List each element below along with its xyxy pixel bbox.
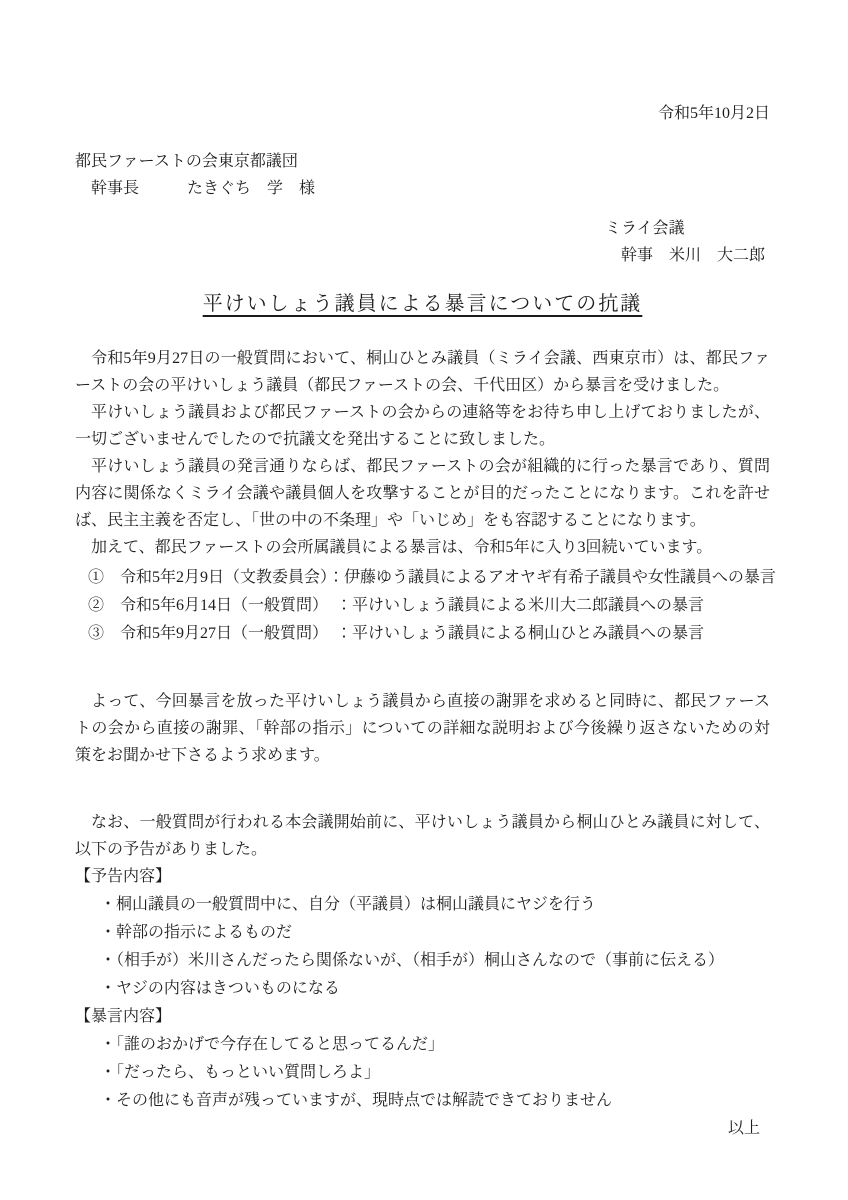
abuse-item-1: ・「誰のおかげで今存在してると思ってるんだ」	[75, 1031, 770, 1059]
notice-item-1: ・桐山議員の一般質問中に、自分（平議員）は桐山議員にヤジを行う	[75, 891, 770, 919]
recipient-org: 都民ファーストの会東京都議団	[75, 148, 770, 175]
paragraph-demand: よって、今回暴言を放った平けいしょう議員から直接の謝罪を求めると同時に、都民ファ…	[75, 688, 770, 769]
abuse-list: ・「誰のおかげで今存在してると思ってるんだ」 ・「だったら、もっといい質問しろよ…	[75, 1031, 770, 1115]
paragraph-notice-intro: なお、一般質問が行われる本会議開始前に、平けいしょう議員から桐山ひとみ議員に対し…	[75, 809, 770, 863]
protest-letter-page: 令和5年10月2日 都民ファーストの会東京都議団 幹事長 たきぐち 学 様 ミラ…	[0, 0, 848, 1200]
notice-item-2: ・幹部の指示によるものだ	[75, 919, 770, 947]
recipient-person: 幹事長 たきぐち 学 様	[75, 175, 770, 202]
recipient-block: 都民ファーストの会東京都議団 幹事長 たきぐち 学 様	[75, 148, 770, 202]
sender-person: 幹事 米川 大二郎	[605, 242, 770, 269]
document-title: 平けいしょう議員による暴言についての抗議	[203, 293, 643, 315]
abuse-item-3: ・その他にも音声が残っていますが、現時点では解読できておりません	[75, 1087, 770, 1115]
paragraph-no-contact: 平けいしょう議員および都民ファーストの会からの連絡等をお待ち申し上げておりました…	[75, 399, 770, 453]
incident-item-3: ③ 令和5年9月27日（一般質問） ：平けいしょう議員による桐山ひとみ議員への暴…	[75, 620, 770, 648]
paragraph-incident: 令和5年9月27日の一般質問において、桐山ひとみ議員（ミライ会議、西東京市）は、…	[75, 345, 770, 399]
notice-heading: 【予告内容】	[75, 863, 770, 891]
closing-word: 以上	[75, 1115, 770, 1142]
notice-item-3: ・（相手が）米川さんだったら関係ないが、（相手が）桐山さんなので（事前に伝える）	[75, 947, 770, 975]
title-row: 平けいしょう議員による暴言についての抗議	[75, 291, 770, 319]
abuse-item-2: ・「だったら、もっといい質問しろよ」	[75, 1059, 770, 1087]
incident-item-1: ① 令和5年2月9日（文教委員会）：伊藤ゆう議員によるアオヤギ有希子議員や女性議…	[75, 564, 770, 592]
sender-org: ミライ会議	[605, 215, 770, 242]
incident-item-2: ② 令和5年6月14日（一般質問） ：平けいしょう議員による米川大二郎議員への暴…	[75, 592, 770, 620]
abuse-heading: 【暴言内容】	[75, 1003, 770, 1031]
notice-item-4: ・ヤジの内容はきついものになる	[75, 975, 770, 1003]
notice-list: ・桐山議員の一般質問中に、自分（平議員）は桐山議員にヤジを行う ・幹部の指示によ…	[75, 891, 770, 1003]
sender-block: ミライ会議 幹事 米川 大二郎	[605, 215, 770, 269]
incident-list: ① 令和5年2月9日（文教委員会）：伊藤ゆう議員によるアオヤギ有希子議員や女性議…	[75, 564, 770, 648]
document-date: 令和5年10月2日	[75, 100, 770, 127]
paragraph-organizational: 平けいしょう議員の発言通りならば、都民ファーストの会が組織的に行った暴言であり、…	[75, 453, 770, 534]
paragraph-three-times: 加えて、都民ファーストの会所属議員による暴言は、令和5年に入り3回続いています。	[75, 534, 770, 561]
